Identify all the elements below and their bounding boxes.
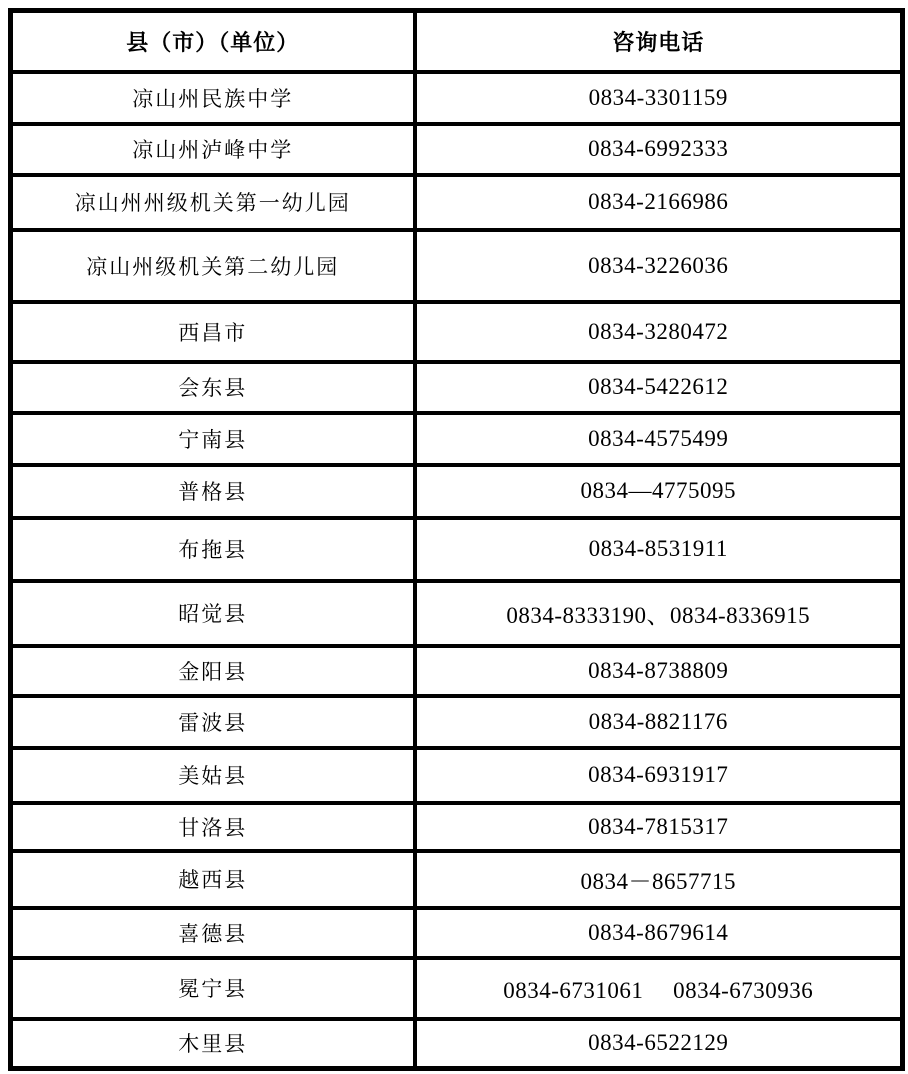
unit-cell: 凉山州州级机关第一幼儿园 — [11, 175, 415, 230]
unit-cell: 普格县 — [11, 465, 415, 518]
table-row: 普格县 0834—4775095 — [11, 465, 903, 518]
table-row: 越西县 0834－8657715 — [11, 851, 903, 908]
phone-cell: 0834-2166986 — [415, 175, 903, 230]
phone-cell: 0834-8738809 — [415, 646, 903, 696]
phone-cell: 0834-8679614 — [415, 908, 903, 958]
unit-cell: 木里县 — [11, 1019, 415, 1069]
phone-cell: 0834-6992333 — [415, 124, 903, 175]
table-row: 金阳县 0834-8738809 — [11, 646, 903, 696]
table-row: 凉山州级机关第二幼儿园 0834-3226036 — [11, 230, 903, 302]
table-row: 木里县 0834-6522129 — [11, 1019, 903, 1069]
unit-cell: 甘洛县 — [11, 803, 415, 851]
consultation-phone-table: 县（市）（单位） 咨询电话 凉山州民族中学 0834-3301159 凉山州泸峰… — [8, 8, 905, 1071]
table-row: 喜德县 0834-8679614 — [11, 908, 903, 958]
document-page: 县（市）（单位） 咨询电话 凉山州民族中学 0834-3301159 凉山州泸峰… — [0, 0, 908, 1074]
header-unit-column: 县（市）（单位） — [11, 11, 415, 72]
header-row: 县（市）（单位） 咨询电话 — [11, 11, 903, 72]
phone-cell: 0834-3280472 — [415, 302, 903, 362]
table-row: 宁南县 0834-4575499 — [11, 413, 903, 465]
unit-cell: 布拖县 — [11, 518, 415, 581]
table-row: 凉山州泸峰中学 0834-6992333 — [11, 124, 903, 175]
unit-cell: 越西县 — [11, 851, 415, 908]
unit-cell: 宁南县 — [11, 413, 415, 465]
phone-cell: 0834-4575499 — [415, 413, 903, 465]
phone-cell: 0834-5422612 — [415, 362, 903, 413]
phone-cell: 0834-6731061 0834-6730936 — [415, 958, 903, 1019]
table-row: 美姑县 0834-6931917 — [11, 748, 903, 803]
unit-cell: 雷波县 — [11, 696, 415, 748]
phone-cell: 0834-7815317 — [415, 803, 903, 851]
unit-cell: 昭觉县 — [11, 581, 415, 646]
phone-cell: 0834－8657715 — [415, 851, 903, 908]
header-phone-column: 咨询电话 — [415, 11, 903, 72]
table-row: 西昌市 0834-3280472 — [11, 302, 903, 362]
unit-cell: 喜德县 — [11, 908, 415, 958]
unit-cell: 西昌市 — [11, 302, 415, 362]
table-row: 布拖县 0834-8531911 — [11, 518, 903, 581]
unit-cell: 凉山州泸峰中学 — [11, 124, 415, 175]
table-row: 雷波县 0834-8821176 — [11, 696, 903, 748]
phone-cell: 0834-8821176 — [415, 696, 903, 748]
unit-cell: 凉山州级机关第二幼儿园 — [11, 230, 415, 302]
table-row: 昭觉县 0834-8333190、0834-8336915 — [11, 581, 903, 646]
phone-cell: 0834-3301159 — [415, 72, 903, 124]
phone-cell: 0834—4775095 — [415, 465, 903, 518]
table-row: 凉山州民族中学 0834-3301159 — [11, 72, 903, 124]
phone-cell: 0834-3226036 — [415, 230, 903, 302]
phone-cell: 0834-8333190、0834-8336915 — [415, 581, 903, 646]
unit-cell: 美姑县 — [11, 748, 415, 803]
phone-cell: 0834-8531911 — [415, 518, 903, 581]
table-row: 甘洛县 0834-7815317 — [11, 803, 903, 851]
unit-cell: 会东县 — [11, 362, 415, 413]
unit-cell: 凉山州民族中学 — [11, 72, 415, 124]
table-row: 冕宁县 0834-6731061 0834-6730936 — [11, 958, 903, 1019]
table-row: 凉山州州级机关第一幼儿园 0834-2166986 — [11, 175, 903, 230]
unit-cell: 冕宁县 — [11, 958, 415, 1019]
phone-cell: 0834-6931917 — [415, 748, 903, 803]
unit-cell: 金阳县 — [11, 646, 415, 696]
phone-cell: 0834-6522129 — [415, 1019, 903, 1069]
table-row: 会东县 0834-5422612 — [11, 362, 903, 413]
